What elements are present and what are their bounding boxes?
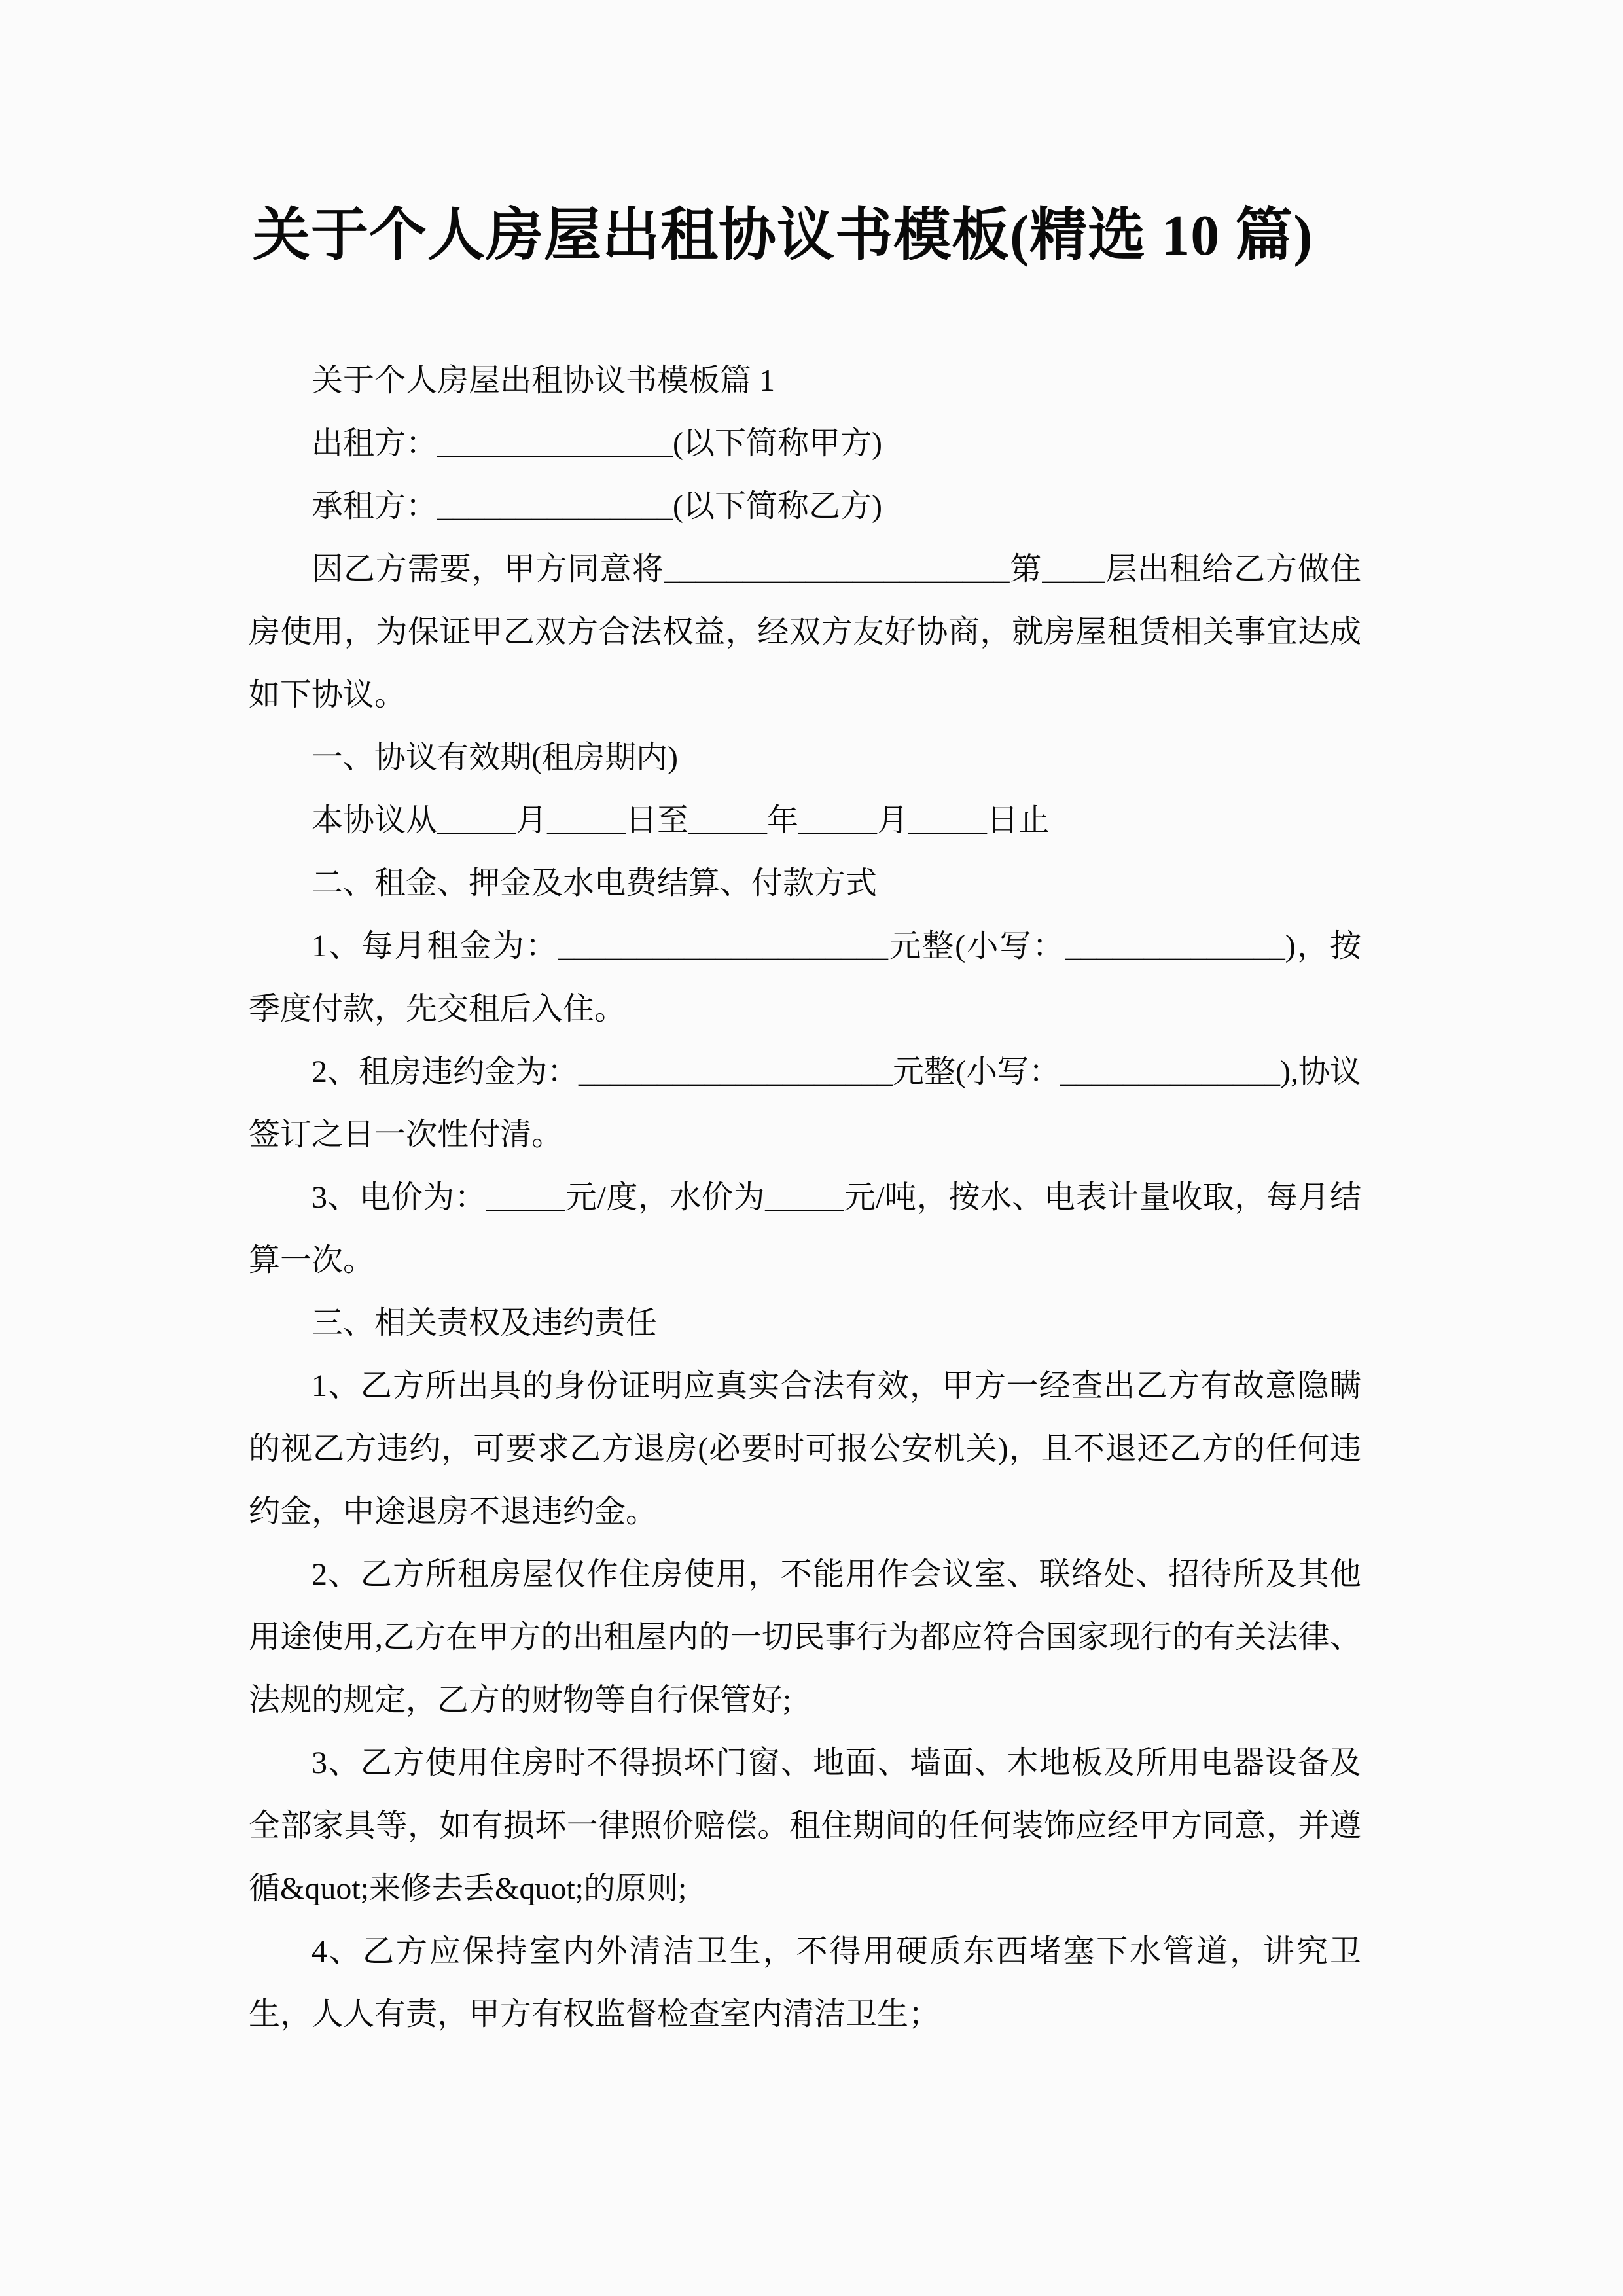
paragraph: 1、乙方所出具的身份证明应真实合法有效，甲方一经查出乙方有故意隐瞒的视乙方违约，… [249, 1355, 1361, 1543]
paragraph: 本协议从_____月_____日至_____年_____月_____日止 [249, 789, 1361, 852]
paragraph: 2、乙方所租房屋仅作住房使用，不能用作会议室、联络处、招待所及其他用途使用,乙方… [249, 1543, 1361, 1732]
document-page: 关于个人房屋出租协议书模板(精选 10 篇) 关于个人房屋出租协议书模板篇 1 … [0, 0, 1623, 2296]
paragraph: 一、协议有效期(租房期内) [249, 726, 1361, 789]
document-body: 关于个人房屋出租协议书模板篇 1 出租方：_______________(以下简… [0, 350, 1361, 2046]
paragraph: 3、乙方使用住房时不得损坏门窗、地面、墙面、木地板及所用电器设备及全部家具等，如… [249, 1732, 1361, 1920]
paragraph: 2、租房违约金为：____________________元整(小写：_____… [249, 1041, 1361, 1166]
paragraph: 3、电价为：_____元/度，水价为_____元/吨，按水、电表计量收取，每月结… [249, 1166, 1361, 1292]
paragraph: 1、每月租金为：_____________________元整(小写：_____… [249, 915, 1361, 1041]
paragraph: 关于个人房屋出租协议书模板篇 1 [249, 350, 1361, 412]
document-title: 关于个人房屋出租协议书模板(精选 10 篇) [0, 0, 1623, 271]
paragraph: 出租方：_______________(以下简称甲方) [249, 412, 1361, 475]
paragraph: 承租方：_______________(以下简称乙方) [249, 475, 1361, 538]
paragraph: 三、相关责权及违约责任 [249, 1292, 1361, 1355]
paragraph: 因乙方需要，甲方同意将______________________第____层出… [249, 538, 1361, 726]
paragraph: 4、乙方应保持室内外清洁卫生，不得用硬质东西堵塞下水管道，讲究卫生，人人有责，甲… [249, 1920, 1361, 2046]
paragraph: 二、租金、押金及水电费结算、付款方式 [249, 852, 1361, 915]
